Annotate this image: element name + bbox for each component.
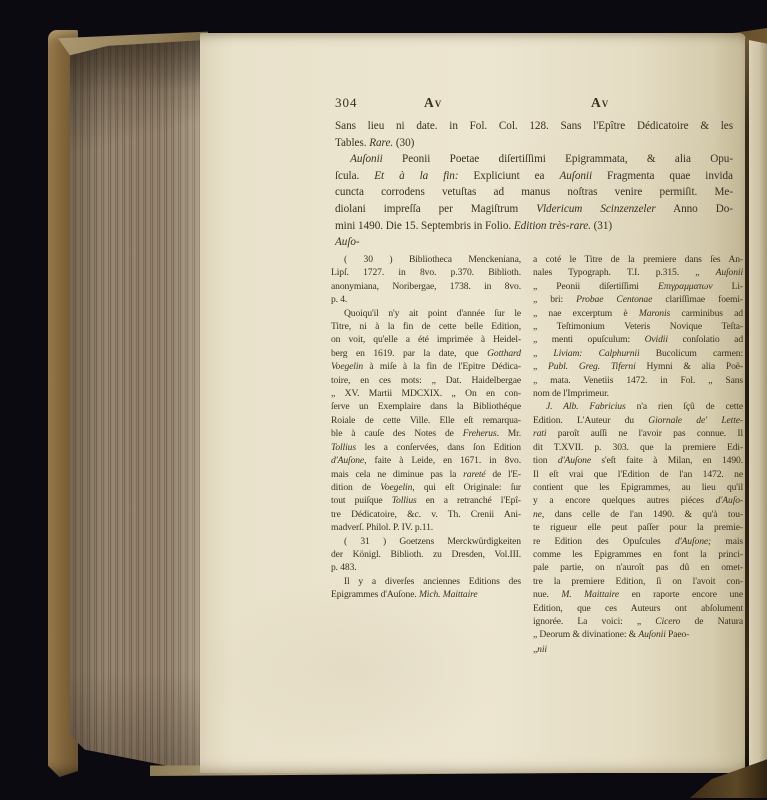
footnote-column-left: ( 30 ) Bibliotheca Menckeniana,Lipſ. 172… — [331, 253, 521, 656]
footnotes: ( 30 ) Bibliotheca Menckeniana,Lipſ. 172… — [331, 253, 743, 656]
running-head-row: 304 Av Av — [200, 95, 746, 113]
footnote-note: Quoiqu'il n'y ait point d'année ſur leTi… — [331, 307, 521, 535]
catchword: Auſo- — [335, 234, 733, 251]
main-text-block: Sans lieu ni date. in Fol. Col. 128. San… — [335, 118, 733, 251]
footnote-30: ( 30 ) Bibliotheca Menckeniana,Lipſ. 172… — [331, 253, 521, 307]
footnote-editions: Il y a diverſes anciennes Editions desEp… — [331, 575, 521, 602]
page-number: 304 — [335, 95, 358, 111]
facing-page-edge — [749, 40, 767, 770]
book-gutter — [745, 38, 749, 771]
footnote-fabricius: J. Alb. Fabricius n'a rien ſçû de cetteE… — [533, 400, 743, 641]
running-head-right: Av — [591, 95, 609, 111]
book-fore-edge — [70, 40, 205, 773]
book-page: 304 Av Av Sans lieu ni date. in Fol. Col… — [200, 33, 746, 773]
footnote-quote: a coté le Titre de la premiere dans ſes … — [533, 253, 743, 400]
paragraph: Sans lieu ni date. in Fol. Col. 128. San… — [335, 118, 733, 151]
printed-area: 304 Av Av Sans lieu ni date. in Fol. Col… — [200, 33, 746, 773]
photo-background: 304 Av Av Sans lieu ni date. in Fol. Col… — [0, 0, 767, 800]
paragraph: Auſonii Peonii Poetae diſertiſſimi Epigr… — [335, 151, 733, 234]
footnote-column-right: a coté le Titre de la premiere dans ſes … — [533, 253, 743, 656]
running-head-left: Av — [424, 95, 442, 111]
footnote-catchword: „nii — [533, 643, 743, 656]
footnote-31: ( 31 ) Goetzens Merckwürdigkeitender Kön… — [331, 535, 521, 575]
